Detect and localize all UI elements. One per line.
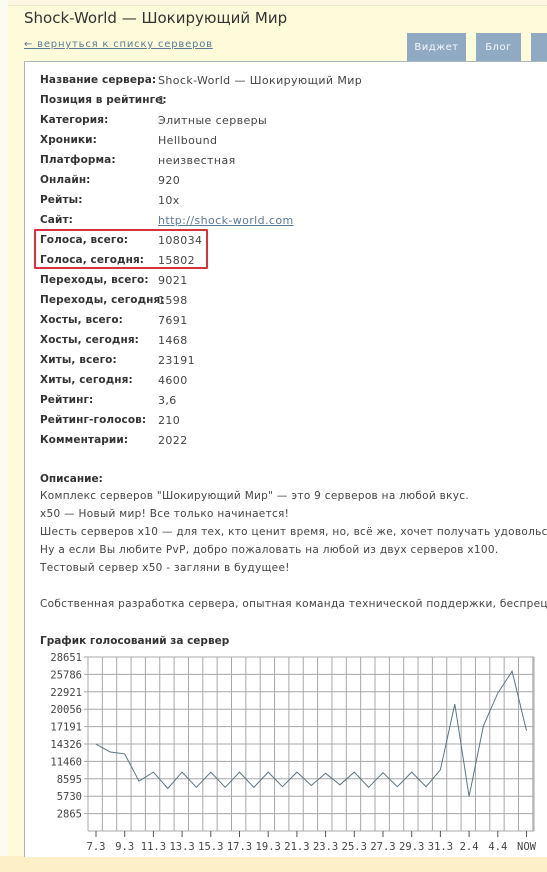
info-row: Платформа:неизвестная xyxy=(40,150,236,170)
info-label: Комментарии: xyxy=(40,434,158,446)
info-label: Рейтинг-голосов: xyxy=(40,414,158,426)
svg-text:28651: 28651 xyxy=(50,652,82,664)
info-value: Элитные серверы xyxy=(158,114,267,127)
description-line: Ну а если Вы любите PvP, добро пожаловат… xyxy=(40,544,499,556)
info-label: Название сервера: xyxy=(40,74,158,86)
info-value: 1468 xyxy=(158,334,188,347)
svg-text:29.3: 29.3 xyxy=(399,841,424,853)
svg-text:5730: 5730 xyxy=(57,791,82,803)
info-label: Хиты, сегодня: xyxy=(40,374,158,386)
description-line: Собственная разработка сервера, опытная … xyxy=(40,598,547,610)
info-label: Рейтинг: xyxy=(40,394,158,406)
info-value: 920 xyxy=(158,174,180,187)
svg-text:19.3: 19.3 xyxy=(256,841,281,853)
description-line: x50 — Новый мир! Все только начинается! xyxy=(40,508,289,520)
info-value: 2022 xyxy=(158,434,188,447)
page-edge xyxy=(0,0,8,872)
description-title: Описание: xyxy=(40,473,103,485)
svg-text:14326: 14326 xyxy=(50,739,82,751)
page-footer-band xyxy=(0,856,547,872)
chart-title: График голосований за сервер xyxy=(40,635,229,647)
votes-highlight-box xyxy=(34,229,208,269)
svg-text:NOW: NOW xyxy=(517,841,537,853)
blog-button[interactable]: Блог xyxy=(476,33,521,61)
info-row: Категория:Элитные серверы xyxy=(40,110,267,130)
info-row: Хиты, сегодня:4600 xyxy=(40,370,188,390)
svg-text:8595: 8595 xyxy=(57,774,82,786)
info-value: Shock-World — Шокирующий Мир xyxy=(158,74,362,87)
info-row: Онлайн:920 xyxy=(40,170,180,190)
description-line: Тестовый сервер x50 - загляни в будущее! xyxy=(40,562,290,574)
info-row: Рейтинг:3,6 xyxy=(40,390,177,410)
info-label: Хиты, всего: xyxy=(40,354,158,366)
svg-text:2865: 2865 xyxy=(57,809,82,821)
info-value: 3,6 xyxy=(158,394,177,407)
info-label: Переходы, сегодня: xyxy=(40,294,158,306)
server-info-panel: Название сервера:Shock-World — Шокирующи… xyxy=(24,61,547,857)
info-row: Хроники:Hellbound xyxy=(40,130,217,150)
info-value: 210 xyxy=(158,414,180,427)
info-value: Hellbound xyxy=(158,134,217,147)
info-row: Название сервера:Shock-World — Шокирующи… xyxy=(40,70,362,90)
widget-button[interactable]: Виджет xyxy=(407,33,466,61)
svg-text:11460: 11460 xyxy=(50,756,82,768)
svg-text:25786: 25786 xyxy=(50,669,82,681)
info-label: Рейты: xyxy=(40,194,158,206)
info-value: 1598 xyxy=(158,294,188,307)
svg-text:9.3: 9.3 xyxy=(115,841,134,853)
info-row: Хосты, всего:7691 xyxy=(40,310,188,330)
info-row: Рейты:10x xyxy=(40,190,180,210)
info-value: 4600 xyxy=(158,374,188,387)
more-button[interactable] xyxy=(531,33,547,61)
info-value: 1 xyxy=(158,94,165,107)
svg-text:11.3: 11.3 xyxy=(141,841,166,853)
info-label: Сайт: xyxy=(40,214,158,226)
info-label: Онлайн: xyxy=(40,174,158,186)
info-row: Рейтинг-голосов:210 xyxy=(40,410,180,430)
info-value: 23191 xyxy=(158,354,195,367)
svg-text:22921: 22921 xyxy=(50,687,82,699)
svg-text:7.3: 7.3 xyxy=(87,841,106,853)
svg-text:23.3: 23.3 xyxy=(313,841,338,853)
svg-text:31.3: 31.3 xyxy=(428,841,453,853)
svg-text:27.3: 27.3 xyxy=(370,841,395,853)
info-value: неизвестная xyxy=(158,154,236,167)
svg-text:15.3: 15.3 xyxy=(198,841,223,853)
svg-text:4.4: 4.4 xyxy=(488,841,507,853)
info-label: Позиция в рейтинге: xyxy=(40,94,158,106)
svg-text:17191: 17191 xyxy=(50,722,82,734)
info-row: Хосты, сегодня:1468 xyxy=(40,330,188,350)
back-to-servers-link[interactable]: ← вернуться к списку серверов xyxy=(24,39,213,50)
info-row: Сайт:http://shock-world.com xyxy=(40,210,294,230)
description-line: Шесть серверов x10 — для тех, кто ценит … xyxy=(40,526,547,538)
info-label: Хосты, сегодня: xyxy=(40,334,158,346)
info-label: Категория: xyxy=(40,114,158,126)
info-value: 10x xyxy=(158,194,180,207)
info-row: Хиты, всего:23191 xyxy=(40,350,195,370)
svg-text:17.3: 17.3 xyxy=(227,841,252,853)
site-link[interactable]: http://shock-world.com xyxy=(158,214,294,227)
votes-chart: 2865573085951146014326171912005622921257… xyxy=(25,647,547,857)
svg-text:25.3: 25.3 xyxy=(342,841,367,853)
svg-text:21.3: 21.3 xyxy=(284,841,309,853)
page-title: Shock-World — Шокирующий Мир xyxy=(24,9,287,27)
info-row: Переходы, сегодня:1598 xyxy=(40,290,188,310)
info-row: Переходы, всего:9021 xyxy=(40,270,188,290)
svg-text:20056: 20056 xyxy=(50,704,82,716)
info-label: Платформа: xyxy=(40,154,158,166)
info-row: Комментарии:2022 xyxy=(40,430,188,450)
info-row: Позиция в рейтинге:1 xyxy=(40,90,165,110)
info-label: Хроники: xyxy=(40,134,158,146)
info-value: 9021 xyxy=(158,274,188,287)
info-value: 7691 xyxy=(158,314,188,327)
svg-text:13.3: 13.3 xyxy=(169,841,194,853)
svg-text:2.4: 2.4 xyxy=(460,841,479,853)
info-label: Хосты, всего: xyxy=(40,314,158,326)
description-line: Комплекс серверов "Шокирующий Мир" — это… xyxy=(40,490,469,502)
info-label: Переходы, всего: xyxy=(40,274,158,286)
